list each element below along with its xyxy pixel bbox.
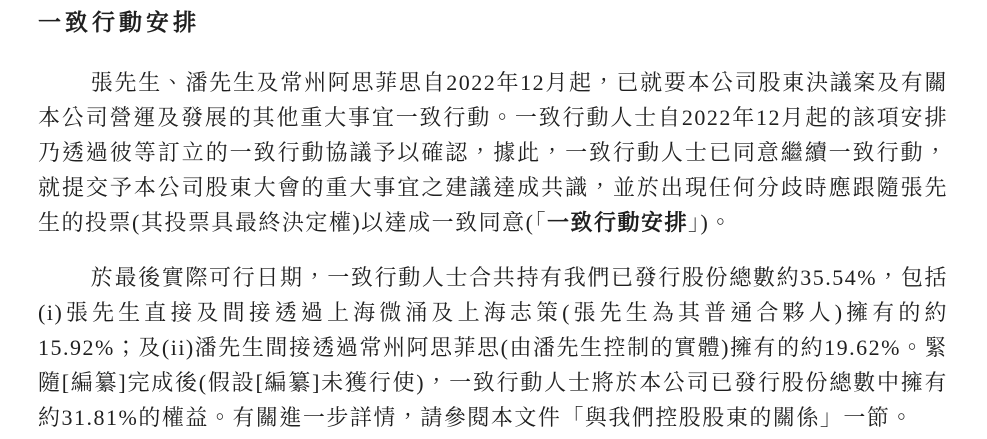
document-page: 一致行動安排 張先生、潘先生及常州阿思菲思自2022年12月起，已就要本公司股東… — [0, 0, 987, 439]
paragraph-text: 張先生、潘先生及常州阿思菲思自2022年12月起，已就要本公司股東決議案及有關本… — [38, 70, 948, 235]
section-heading: 一致行動安排 — [38, 8, 948, 38]
defined-term-concert-party-arrangement: 一致行動安排 — [547, 210, 688, 235]
paragraph-text-tail: 」)。 — [688, 210, 733, 235]
paragraph-concert-party-arrangement: 張先生、潘先生及常州阿思菲思自2022年12月起，已就要本公司股東決議案及有關本… — [38, 65, 948, 240]
paragraph-shareholding-details: 於最後實際可行日期，一致行動人士合共持有我們已發行股份總數約35.54%，包括(… — [38, 260, 948, 435]
